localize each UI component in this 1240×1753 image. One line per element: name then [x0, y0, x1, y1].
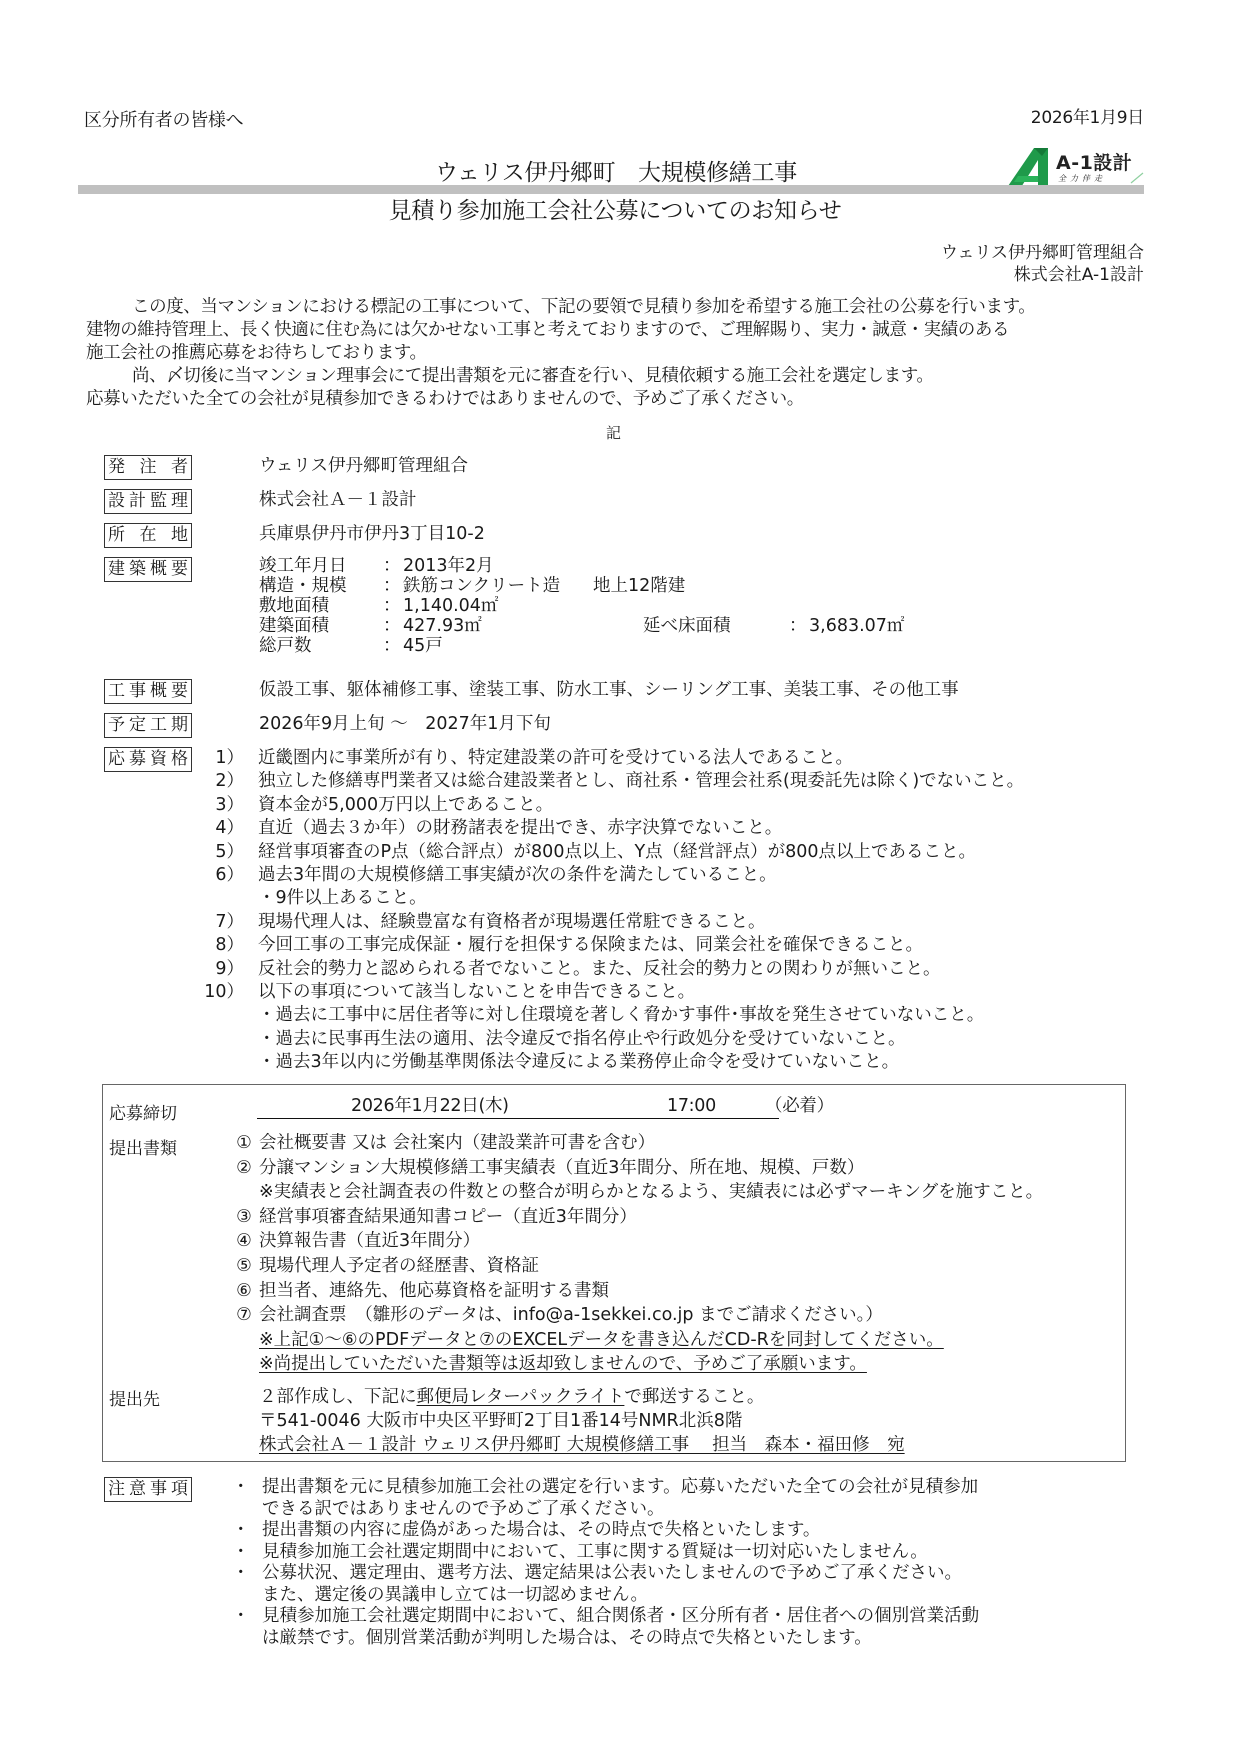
- building-value: 鉄筋コンクリート造: [403, 576, 593, 596]
- item-text: 現場代理人は、経験豊富な有資格者が現場選任常駐できること。: [258, 911, 766, 934]
- bullet: ・: [232, 1606, 262, 1628]
- item-number: 9）: [200, 958, 258, 981]
- item-mark: ⑤: [229, 1254, 259, 1279]
- item-text: ・過去3年以内に労働基準関係法令違反による業務停止命令を受けていないこと。: [258, 1051, 899, 1074]
- colon: ：: [383, 596, 403, 616]
- building-value: 427.93㎡: [403, 616, 643, 636]
- label-destination: 提出先: [109, 1385, 160, 1410]
- item-text: 分譲マンション大規模修繕工事実績表（直近3年間分、所在地、規模、戸数）: [259, 1158, 864, 1178]
- document-note: ※実績表と会社調査表の件数との整合が明らかとなるよう、実績表には必ずマーキングを…: [229, 1180, 1043, 1205]
- note-item: ・提出書類を元に見積参加施工会社の選定を行います。応募いただいた全ての会社が見積…: [232, 1477, 979, 1499]
- item-number: 6）: [200, 864, 258, 887]
- item-text: 近畿圏内に事業所が有り、特定建設業の許可を受けている法人であること。: [258, 747, 853, 770]
- qualification-item: 3）資本金が5,000万円以上であること。: [200, 794, 1024, 817]
- qualification-list: 1）近畿圏内に事業所が有り、特定建設業の許可を受けている法人であること。 2）独…: [200, 747, 1024, 1075]
- issue-date: 2026年1月9日: [1031, 110, 1144, 127]
- note-continuation: できる訳ではありませんので予めご了承ください。: [232, 1499, 979, 1521]
- building-value-extra: 地上12階建: [593, 576, 685, 596]
- item-text: 資本金が5,000万円以上であること。: [258, 794, 553, 817]
- note-text: 公募状況、選定理由、選考方法、選定結果は公表いたしませんので予めご了承ください。: [262, 1563, 962, 1585]
- intro-line: 応募いただいた全ての会社が見積参加できるわけではありませんので、予めご了承くださ…: [86, 388, 1035, 411]
- building-value: 45戸: [403, 636, 643, 656]
- building-key: 竣工年月日: [259, 556, 383, 576]
- building-key: 敷地面積: [259, 596, 383, 616]
- building-row: 総戸数 ： 45戸: [259, 636, 904, 656]
- location-value: 兵庫県伊丹市伊丹3丁目10-2: [259, 523, 485, 545]
- building-row: 建築面積 ： 427.93㎡ 延べ床面積 ： 3,683.07㎡: [259, 616, 904, 636]
- document-item: ②分譲マンション大規模修繕工事実績表（直近3年間分、所在地、規模、戸数）: [229, 1156, 1043, 1181]
- building-key: 建築面積: [259, 616, 383, 636]
- bullet: ・: [232, 1520, 262, 1542]
- bullet: ・: [232, 1563, 262, 1585]
- deadline-time: 17:00: [667, 1098, 716, 1116]
- building-row: 敷地面積 ： 1,140.04㎡: [259, 596, 904, 616]
- orderer-value: ウェリス伊丹郷町管理組合: [259, 455, 468, 477]
- note-item: ・見積参加施工会社選定期間中において、工事に関する質疑は一切対応いたしません。: [232, 1542, 979, 1564]
- label-location: 所 在 地: [104, 523, 192, 548]
- application-box: 応募締切 2026年1月22日(木) 17:00 （必着） 提出書類 ①会社概要…: [102, 1084, 1126, 1462]
- item-number: 5）: [200, 841, 258, 864]
- qualification-subitem: ・過去に民事再生法の適用、法令違反で指名停止や行政処分を受けていないこと。: [200, 1028, 1024, 1051]
- label-orderer: 発 注 者: [104, 455, 192, 480]
- building-key: 総戸数: [259, 636, 383, 656]
- note-text: 見積参加施工会社選定期間中において、組合関係者・区分所有者・居住者への個別営業活…: [262, 1606, 979, 1628]
- building-key: 構造・規模: [259, 576, 383, 596]
- bullet: ・: [232, 1542, 262, 1564]
- colon: ：: [383, 636, 403, 656]
- note-text: 見積参加施工会社選定期間中において、工事に関する質疑は一切対応いたしません。: [262, 1542, 928, 1564]
- destination-address: 〒541-0046 大阪市中央区平野町2丁目1番14号NMR北浜8階: [259, 1409, 905, 1433]
- note-item: ・見積参加施工会社選定期間中において、組合関係者・区分所有者・居住者への個別営業…: [232, 1606, 979, 1628]
- item-mark: ②: [229, 1156, 259, 1181]
- work-value: 仮設工事、躯体補修工事、塗装工事、防水工事、シーリング工事、美装工事、その他工事: [259, 679, 959, 701]
- recipient-line: 区分所有者の皆様へ: [84, 112, 243, 130]
- item-text: ・9件以上あること。: [258, 887, 427, 910]
- item-number: [200, 887, 258, 910]
- building-value: 2013年2月: [403, 556, 643, 576]
- item-text: 反社会的勢力と認められる者でないこと。また、反社会的勢力との関わりが無いこと。: [258, 958, 941, 981]
- deadline-underline: [257, 1118, 779, 1119]
- qualification-item: 2）独立した修繕専門業者又は総合建設業者とし、商社系・管理会社系(現委託先は除く…: [200, 770, 1024, 793]
- document-item: ⑤現場代理人予定者の経歴書、資格証: [229, 1254, 1043, 1279]
- item-text: 以下の事項について該当しないことを申告できること。: [258, 981, 695, 1004]
- qualification-item: 6）過去3年間の大規模修繕工事実績が次の条件を満たしていること。: [200, 864, 1024, 887]
- label-supervisor: 設計監理: [104, 489, 192, 514]
- qualification-subitem: ・9件以上あること。: [200, 887, 1024, 910]
- item-number: 7）: [200, 911, 258, 934]
- document-item: ⑥担当者、連絡先、他応募資格を証明する書類: [229, 1279, 1043, 1304]
- label-period: 予定工期: [104, 713, 192, 738]
- item-text: 担当者、連絡先、他応募資格を証明する書類: [259, 1281, 609, 1301]
- qualification-item: 7）現場代理人は、経験豊富な有資格者が現場選任常駐できること。: [200, 911, 1024, 934]
- item-number: 3）: [200, 794, 258, 817]
- qualification-item: 1）近畿圏内に事業所が有り、特定建設業の許可を受けている法人であること。: [200, 747, 1024, 770]
- return-note: ※尚提出していただいた書類等は返却致しませんので、予めご了承願います。: [229, 1352, 1043, 1377]
- document-item: ④決算報告書（直近3年間分）: [229, 1229, 1043, 1254]
- item-text: ・過去に民事再生法の適用、法令違反で指名停止や行政処分を受けていないこと。: [258, 1028, 906, 1051]
- item-number: [200, 1004, 258, 1027]
- title-notice: 見積り参加施工会社公募についてのお知らせ: [0, 200, 1230, 223]
- qualification-item: 10）以下の事項について該当しないことを申告できること。: [200, 981, 1024, 1004]
- item-number: [200, 1028, 258, 1051]
- colon: ：: [383, 616, 403, 636]
- intro-line: 施工会社の推薦応募をお待ちしております。: [86, 342, 1035, 365]
- deadline-note: （必着）: [765, 1098, 834, 1116]
- building-value: 3,683.07㎡: [809, 616, 904, 636]
- item-text: 直近（過去３か年）の財務諸表を提出でき、赤字決算でないこと。: [258, 817, 782, 840]
- period-value: 2026年9月上旬 ～ 2027年1月下旬: [259, 713, 551, 735]
- supervisor-value: 株式会社Ａ－１設計: [259, 489, 417, 511]
- issuer-block: ウェリス伊丹郷町管理組合 株式会社A-1設計: [941, 242, 1144, 286]
- note-item: ・公募状況、選定理由、選考方法、選定結果は公表いたしませんので予めご了承ください…: [232, 1563, 979, 1585]
- qualification-item: 5）経営事項審査のP点（総合評点）が800点以上、Y点（経営評点）が800点以上…: [200, 841, 1024, 864]
- deadline-date: 2026年1月22日(木): [351, 1098, 509, 1116]
- building-row: 構造・規模 ： 鉄筋コンクリート造 地上12階建: [259, 576, 904, 596]
- note-text: 提出書類を元に見積参加施工会社の選定を行います。応募いただいた全ての会社が見積参…: [262, 1477, 978, 1499]
- item-text: 今回工事の工事完成保証・履行を担保する保険または、同業会社を確保できること。: [258, 934, 923, 957]
- ki-mark: 記: [606, 422, 621, 443]
- label-building: 建築概要: [104, 557, 192, 582]
- item-number: 4）: [200, 817, 258, 840]
- letterpack-text: 郵便局レターパックライト: [417, 1387, 625, 1407]
- item-text: 独立した修繕専門業者又は総合建設業者とし、商社系・管理会社系(現委託先は除く)で…: [258, 770, 1024, 793]
- instruction-text: で郵送すること。: [624, 1387, 764, 1407]
- label-notes: 注意事項: [104, 1477, 192, 1502]
- item-text: 決算報告書（直近3年間分）: [259, 1231, 480, 1251]
- item-text: 現場代理人予定者の経歴書、資格証: [259, 1256, 539, 1276]
- label-work: 工事概要: [104, 679, 192, 704]
- item-text: 会社調査票 （雛形のデータは、info@a-1sekkei.co.jp までご請…: [259, 1305, 883, 1325]
- destination-block: ２部作成し、下記に郵便局レターパックライトで郵送すること。 〒541-0046 …: [259, 1385, 905, 1457]
- item-number: 2）: [200, 770, 258, 793]
- note-text: 提出書類の内容に虚偽があった場合は、その時点で失格といたします。: [262, 1520, 820, 1542]
- note-continuation: は厳禁です。個別営業活動が判明した場合は、その時点で失格といたします。: [232, 1628, 979, 1650]
- bullet: ・: [232, 1477, 262, 1499]
- item-number: 1）: [200, 747, 258, 770]
- qualification-item: 8）今回工事の工事完成保証・履行を担保する保険または、同業会社を確保できること。: [200, 934, 1024, 957]
- item-mark: ③: [229, 1205, 259, 1230]
- intro-text: この度、当マンションにおける標記の工事について、下記の要領で見積り参加を希望する…: [110, 296, 1035, 411]
- intro-line: 尚、〆切後に当マンション理事会にて提出書類を元に審査を行い、見積依頼する施工会社…: [108, 365, 1035, 388]
- item-number: 10）: [200, 981, 258, 1004]
- notes-list: ・提出書類を元に見積参加施工会社の選定を行います。応募いただいた全ての会社が見積…: [232, 1477, 979, 1649]
- intro-line: この度、当マンションにおける標記の工事について、下記の要領で見積り参加を希望する…: [108, 296, 1035, 319]
- label-documents: 提出書類: [109, 1134, 177, 1159]
- building-key: 延べ床面積: [643, 616, 789, 636]
- item-text: 過去3年間の大規模修繕工事実績が次の条件を満たしていること。: [258, 864, 777, 887]
- title-divider: [78, 185, 1144, 194]
- item-mark: ⑥: [229, 1279, 259, 1304]
- destination-instructions: ２部作成し、下記に郵便局レターパックライトで郵送すること。: [259, 1385, 905, 1409]
- note-item: ・提出書類の内容に虚偽があった場合は、その時点で失格といたします。: [232, 1520, 979, 1542]
- issuer-association: ウェリス伊丹郷町管理組合: [941, 242, 1144, 264]
- building-value: 1,140.04㎡: [403, 596, 643, 616]
- building-row: 竣工年月日 ： 2013年2月: [259, 556, 904, 576]
- colon: ：: [383, 556, 403, 576]
- item-mark: ⑦: [229, 1303, 259, 1328]
- title-project: ウェリス伊丹郷町 大規模修繕工事: [0, 162, 1230, 185]
- building-summary: 竣工年月日 ： 2013年2月 構造・規模 ： 鉄筋コンクリート造 地上12階建…: [259, 556, 904, 656]
- label-qualification: 応募資格: [104, 747, 192, 772]
- item-mark: ①: [229, 1131, 259, 1156]
- destination-addressee: 株式会社Ａ－１設計 ウェリス伊丹郷町 大規模修繕工事 担当 森本・福田修 宛: [259, 1433, 905, 1457]
- note-continuation: また、選定後の異議申し立ては一切認めません。: [232, 1585, 979, 1607]
- item-number: [200, 1051, 258, 1074]
- instruction-text: ２部作成し、下記に: [259, 1387, 417, 1407]
- qualification-subitem: ・過去3年以内に労働基準関係法令違反による業務停止命令を受けていないこと。: [200, 1051, 1024, 1074]
- qualification-item: 9）反社会的勢力と認められる者でないこと。また、反社会的勢力との関わりが無いこと…: [200, 958, 1024, 981]
- documents-list: ①会社概要書 又は 会社案内（建設業許可書を含む） ②分譲マンション大規模修繕工…: [229, 1131, 1043, 1377]
- item-mark: ④: [229, 1229, 259, 1254]
- colon: ：: [383, 576, 403, 596]
- item-number: 8）: [200, 934, 258, 957]
- item-text: 会社概要書 又は 会社案内（建設業許可書を含む）: [259, 1133, 655, 1153]
- intro-line: 建物の維持管理上、長く快適に住む為には欠かせない工事と考えておりますので、ご理解…: [86, 319, 1035, 342]
- qualification-item: 4）直近（過去３か年）の財務諸表を提出でき、赤字決算でないこと。: [200, 817, 1024, 840]
- qualification-subitem: ・過去に工事中に居住者等に対し住環境を著しく脅かす事件･事故を発生させていないこ…: [200, 1004, 1024, 1027]
- colon: ：: [789, 616, 809, 636]
- item-text: 経営事項審査結果通知書コピー（直近3年間分）: [259, 1207, 637, 1227]
- cdr-note: ※上記①～⑥のPDFデータと⑦のEXCELデータを書き込んだCD-Rを同封してく…: [229, 1328, 1043, 1353]
- item-text: 経営事項審査のP点（総合評点）が800点以上、Y点（経営評点）が800点以上であ…: [258, 841, 976, 864]
- label-deadline: 応募締切: [109, 1099, 177, 1124]
- document-item: ①会社概要書 又は 会社案内（建設業許可書を含む）: [229, 1131, 1043, 1156]
- item-text: ・過去に工事中に居住者等に対し住環境を著しく脅かす事件･事故を発生させていないこ…: [258, 1004, 984, 1027]
- document-item: ⑦会社調査票 （雛形のデータは、info@a-1sekkei.co.jp までご…: [229, 1303, 1043, 1328]
- document-item: ③経営事項審査結果通知書コピー（直近3年間分）: [229, 1205, 1043, 1230]
- issuer-company: 株式会社A-1設計: [941, 264, 1144, 286]
